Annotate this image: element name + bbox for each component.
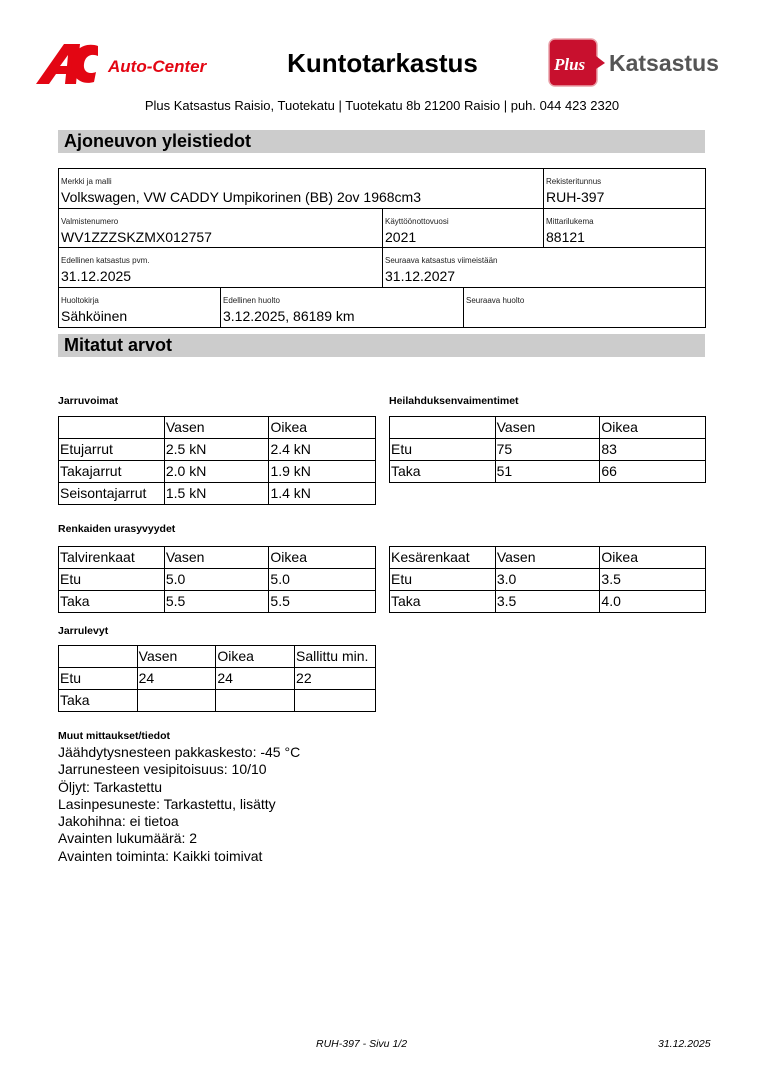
next-service-cell: Seuraava huolto [464, 288, 705, 328]
list-item: Jakohihna: ei tietoa [58, 813, 300, 830]
first-use-year-value: 2021 [385, 229, 543, 245]
row-label-cell: Etujarrut [59, 439, 165, 461]
table-cell: 3.5 [495, 591, 600, 613]
registration-value: RUH-397 [546, 189, 705, 205]
table-cell: 24 [137, 668, 216, 690]
field-label: Mittarilukema [546, 217, 705, 226]
odometer-value: 88121 [546, 229, 705, 245]
vin-value: WV1ZZZSKZMX012757 [61, 229, 382, 245]
table-header-cell [59, 417, 165, 439]
row-label-cell: Taka [390, 591, 496, 613]
table-cell: 3.0 [495, 569, 600, 591]
table-header-cell: Vasen [495, 547, 600, 569]
first-use-year-cell: Käyttöönottovuosi 2021 [383, 209, 544, 248]
registration-cell: Rekisteritunnus RUH-397 [544, 169, 705, 208]
table-cell: 51 [495, 461, 600, 483]
shocks-heading: Heilahduksenvaimentimet [389, 395, 519, 407]
row-label-cell: Etu [390, 439, 496, 461]
table-cell: 5.0 [164, 569, 269, 591]
table-cell: 3.5 [600, 569, 706, 591]
section-heading-measurements: Mitatut arvot [58, 334, 705, 357]
list-item: Avainten toiminta: Kaikki toimivat [58, 848, 300, 865]
table-header-cell [59, 646, 138, 668]
table-header-cell: Oikea [216, 646, 295, 668]
table-header-row: TalvirenkaatVasenOikea [59, 547, 376, 569]
table-header-cell: Talvirenkaat [59, 547, 165, 569]
other-measurements-list: Jäähdytysnesteen pakkaskesto: -45 °CJarr… [58, 744, 300, 865]
table-cell: 2.4 kN [269, 439, 376, 461]
table-header-cell [390, 417, 496, 439]
table-header-row: VasenOikeaSallittu min. [59, 646, 376, 668]
section-heading-vehicle: Ajoneuvon yleistiedot [58, 130, 705, 153]
info-row: Edellinen katsastus pvm. 31.12.2025 Seur… [59, 248, 705, 288]
tread-heading: Renkaiden urasyvyydet [58, 523, 175, 535]
table-cell: 5.0 [269, 569, 376, 591]
table-cell [137, 690, 216, 712]
next-inspection-cell: Seuraava katsastus viimeistään 31.12.202… [383, 248, 705, 287]
brake-discs-heading: Jarrulevyt [58, 625, 108, 637]
row-label-cell: Etu [59, 668, 138, 690]
svg-text:Plus: Plus [553, 55, 586, 74]
table-header-cell: Oikea [600, 547, 706, 569]
winter-tires-table: TalvirenkaatVasenOikeaEtu5.05.0Taka5.55.… [58, 546, 376, 613]
list-item: Öljyt: Tarkastettu [58, 779, 300, 796]
row-label-cell: Taka [59, 591, 165, 613]
table-cell: 83 [600, 439, 706, 461]
table-header-row: VasenOikea [59, 417, 376, 439]
table-cell: 1.9 kN [269, 461, 376, 483]
auto-center-logo: Auto-Center [36, 42, 226, 86]
table-header-row: VasenOikea [390, 417, 706, 439]
row-label-cell: Taka [59, 690, 138, 712]
make-model-value: Volkswagen, VW CADDY Umpikorinen (BB) 2o… [61, 189, 543, 205]
other-heading: Muut mittaukset/tiedot [58, 730, 170, 742]
table-header-cell: Oikea [269, 547, 376, 569]
brakes-heading: Jarruvoimat [58, 395, 118, 407]
brake-discs-table: VasenOikeaSallittu min.Etu242422Taka [58, 645, 376, 712]
make-model-cell: Merkki ja malli Volkswagen, VW CADDY Ump… [59, 169, 544, 208]
plus-katsastus-logo: Plus Katsastus [547, 38, 732, 88]
plus-katsastus-logo-mark-icon: Plus Katsastus [547, 38, 732, 88]
vin-cell: Valmistenumero WV1ZZZSKZMX012757 [59, 209, 383, 248]
table-row: Etu7583 [390, 439, 706, 461]
table-row: Takajarrut2.0 kN1.9 kN [59, 461, 376, 483]
table-row: Etu5.05.0 [59, 569, 376, 591]
table-cell: 1.5 kN [164, 483, 269, 505]
table-header-cell: Oikea [269, 417, 376, 439]
list-item: Lasinpesuneste: Tarkastettu, lisätty [58, 796, 300, 813]
document-title: Kuntotarkastus [240, 48, 525, 79]
table-cell [295, 690, 376, 712]
next-inspection-value: 31.12.2027 [385, 268, 705, 284]
table-cell: 1.4 kN [269, 483, 376, 505]
footer-page-number: RUH-397 - Sivu 1/2 [316, 1038, 407, 1050]
table-cell: 2.0 kN [164, 461, 269, 483]
station-address: Plus Katsastus Raisio, Tuotekatu | Tuote… [0, 98, 764, 113]
table-row: Taka [59, 690, 376, 712]
row-label-cell: Takajarrut [59, 461, 165, 483]
field-label: Seuraava katsastus viimeistään [385, 256, 705, 265]
table-header-row: KesärenkaatVasenOikea [390, 547, 706, 569]
svg-text:Auto-Center: Auto-Center [107, 57, 208, 76]
service-book-value: Sähköinen [61, 308, 220, 324]
last-service-cell: Edellinen huolto 3.12.2025, 86189 km [221, 288, 464, 328]
row-label-cell: Taka [390, 461, 496, 483]
footer-date: 31.12.2025 [658, 1038, 711, 1050]
table-row: Etu3.03.5 [390, 569, 706, 591]
table-cell: 24 [216, 668, 295, 690]
table-cell: 2.5 kN [164, 439, 269, 461]
table-cell: 22 [295, 668, 376, 690]
table-cell: 4.0 [600, 591, 706, 613]
field-label: Merkki ja malli [61, 177, 543, 186]
field-label: Valmistenumero [61, 217, 382, 226]
table-row: Taka5.55.5 [59, 591, 376, 613]
table-row: Etu242422 [59, 668, 376, 690]
table-row: Etujarrut2.5 kN2.4 kN [59, 439, 376, 461]
odometer-cell: Mittarilukema 88121 [544, 209, 705, 248]
row-label-cell: Etu [390, 569, 496, 591]
table-row: Seisontajarrut1.5 kN1.4 kN [59, 483, 376, 505]
svg-text:Katsastus: Katsastus [609, 50, 719, 76]
table-cell: 5.5 [164, 591, 269, 613]
field-label: Edellinen huolto [223, 296, 463, 305]
table-header-cell: Vasen [495, 417, 600, 439]
info-row: Valmistenumero WV1ZZZSKZMX012757 Käyttöö… [59, 209, 705, 249]
table-header-cell: Vasen [137, 646, 216, 668]
field-label: Huoltokirja [61, 296, 220, 305]
list-item: Jarrunesteen vesipitoisuus: 10/10 [58, 761, 300, 778]
list-item: Jäähdytysnesteen pakkaskesto: -45 °C [58, 744, 300, 761]
info-row: Merkki ja malli Volkswagen, VW CADDY Ump… [59, 169, 705, 209]
last-inspection-cell: Edellinen katsastus pvm. 31.12.2025 [59, 248, 383, 287]
list-item: Avainten lukumäärä: 2 [58, 830, 300, 847]
field-label: Käyttöönottovuosi [385, 217, 543, 226]
table-header-cell: Kesärenkaat [390, 547, 496, 569]
table-row: Taka5166 [390, 461, 706, 483]
table-header-cell: Vasen [164, 417, 269, 439]
table-cell: 5.5 [269, 591, 376, 613]
field-label: Seuraava huolto [466, 296, 705, 305]
info-row: Huoltokirja Sähköinen Edellinen huolto 3… [59, 288, 705, 328]
table-row: Taka3.54.0 [390, 591, 706, 613]
brakes-table: VasenOikeaEtujarrut2.5 kN2.4 kNTakajarru… [58, 416, 376, 505]
table-cell: 75 [495, 439, 600, 461]
table-header-cell: Vasen [164, 547, 269, 569]
table-header-cell: Sallittu min. [295, 646, 376, 668]
table-header-cell: Oikea [600, 417, 706, 439]
shocks-table: VasenOikeaEtu7583Taka5166 [389, 416, 706, 483]
field-label: Rekisteritunnus [546, 177, 705, 186]
table-cell: 66 [600, 461, 706, 483]
service-book-cell: Huoltokirja Sähköinen [59, 288, 221, 328]
vehicle-info-grid: Merkki ja malli Volkswagen, VW CADDY Ump… [58, 168, 706, 328]
last-service-value: 3.12.2025, 86189 km [223, 308, 463, 324]
field-label: Edellinen katsastus pvm. [61, 256, 382, 265]
summer-tires-table: KesärenkaatVasenOikeaEtu3.03.5Taka3.54.0 [389, 546, 706, 613]
last-inspection-value: 31.12.2025 [61, 268, 382, 284]
row-label-cell: Seisontajarrut [59, 483, 165, 505]
table-cell [216, 690, 295, 712]
row-label-cell: Etu [59, 569, 165, 591]
auto-center-logo-mark-icon: Auto-Center [36, 42, 226, 86]
